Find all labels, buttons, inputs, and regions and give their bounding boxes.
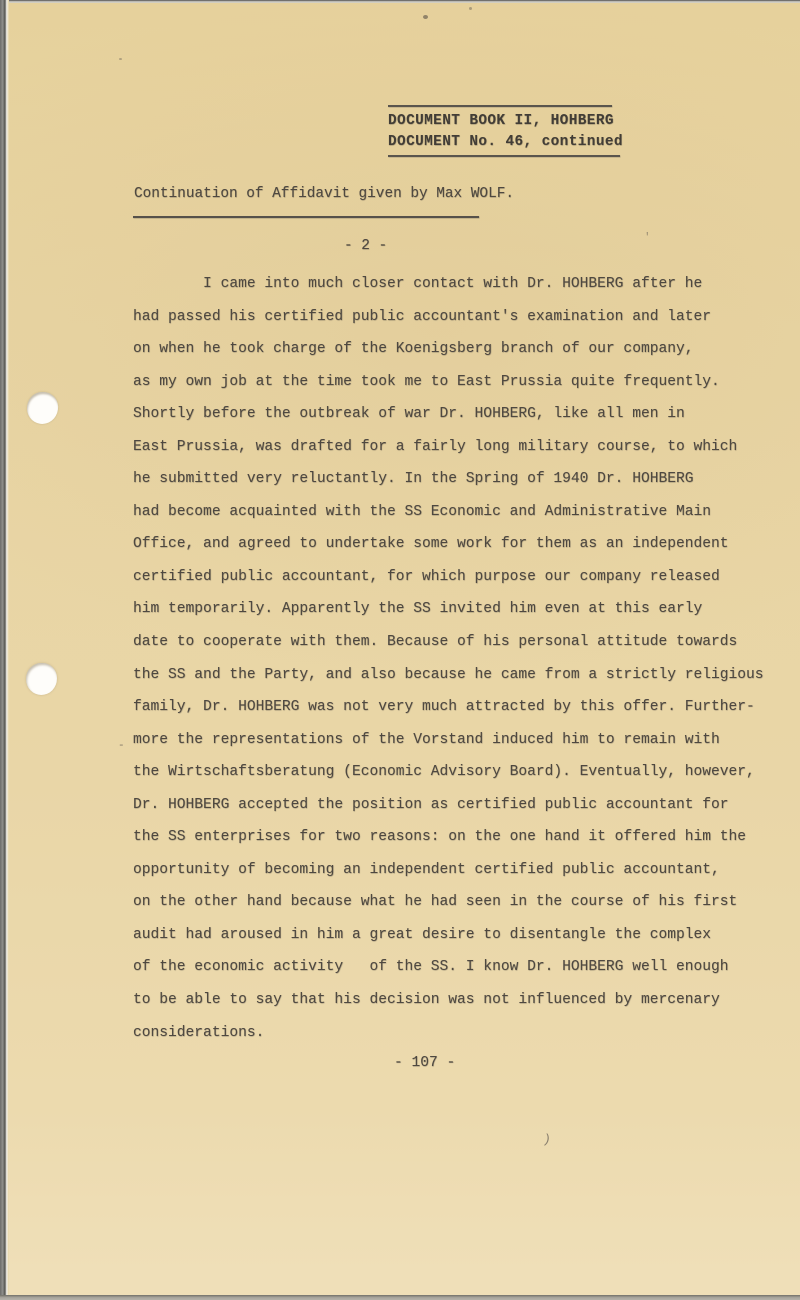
page-number-bottom: - 107 - bbox=[394, 1055, 455, 1071]
body-line: had passed his certified public accounta… bbox=[133, 301, 764, 334]
scan-edge-bottom bbox=[0, 1295, 800, 1300]
body-line: had become acquainted with the SS Econom… bbox=[133, 496, 764, 529]
body-line: opportunity of becoming an independent c… bbox=[133, 854, 764, 887]
title-underline-rule bbox=[133, 216, 479, 218]
affidavit-body: I came into much closer contact with Dr.… bbox=[133, 268, 764, 1049]
stray-dot-mark: ' bbox=[644, 232, 651, 244]
header-overline-rule bbox=[388, 105, 612, 107]
hole-punch-bottom bbox=[26, 663, 57, 695]
header-underline-rule bbox=[388, 155, 620, 157]
body-line: the SS and the Party, and also because h… bbox=[133, 659, 764, 692]
document-number-line: DOCUMENT No. 46, continued bbox=[388, 132, 623, 153]
body-line: the SS enterprises for two reasons: on t… bbox=[133, 821, 764, 854]
body-line: him temporarily. Apparently the SS invit… bbox=[133, 593, 764, 626]
scan-edge-left bbox=[0, 0, 9, 1300]
document-book-line: DOCUMENT BOOK II, HOHBERG bbox=[388, 111, 623, 132]
body-line: of the economic activity of the SS. I kn… bbox=[133, 951, 764, 984]
body-line: Dr. HOHBERG accepted the position as cer… bbox=[133, 789, 764, 822]
body-line: date to cooperate with them. Because of … bbox=[133, 626, 764, 659]
body-line: the Wirtschaftsberatung (Economic Adviso… bbox=[133, 756, 764, 789]
body-line: certified public accountant, for which p… bbox=[133, 561, 764, 594]
body-line: East Prussia, was drafted for a fairly l… bbox=[133, 431, 764, 464]
body-line: Shortly before the outbreak of war Dr. H… bbox=[133, 398, 764, 431]
body-line: as my own job at the time took me to Eas… bbox=[133, 366, 764, 399]
affidavit-title: Continuation of Affidavit given by Max W… bbox=[134, 184, 514, 205]
scanned-document-page: DOCUMENT BOOK II, HOHBERG DOCUMENT No. 4… bbox=[0, 0, 800, 1300]
scan-edge-top bbox=[0, 0, 800, 3]
body-line: he submitted very reluctantly. In the Sp… bbox=[133, 463, 764, 496]
body-line: Office, and agreed to undertake some wor… bbox=[133, 528, 764, 561]
body-line: on the other hand because what he had se… bbox=[133, 886, 764, 919]
document-header: DOCUMENT BOOK II, HOHBERG DOCUMENT No. 4… bbox=[388, 105, 623, 157]
page-number-top: - 2 - bbox=[344, 238, 387, 254]
body-line: to be able to say that his decision was … bbox=[133, 984, 764, 1017]
body-line: considerations. bbox=[133, 1017, 764, 1050]
paper-speck bbox=[423, 15, 428, 19]
body-line: family, Dr. HOHBERG was not very much at… bbox=[133, 691, 764, 724]
hole-punch-top bbox=[25, 390, 60, 426]
margin-stray-mark: - bbox=[118, 740, 125, 752]
paper-speck bbox=[119, 58, 122, 60]
stray-pen-mark: ) bbox=[542, 1131, 553, 1147]
paper-speck bbox=[469, 7, 472, 10]
body-line: audit had aroused in him a great desire … bbox=[133, 919, 764, 952]
body-line: more the representations of the Vorstand… bbox=[133, 724, 764, 757]
body-line: on when he took charge of the Koenigsber… bbox=[133, 333, 764, 366]
body-line: I came into much closer contact with Dr.… bbox=[133, 268, 764, 301]
